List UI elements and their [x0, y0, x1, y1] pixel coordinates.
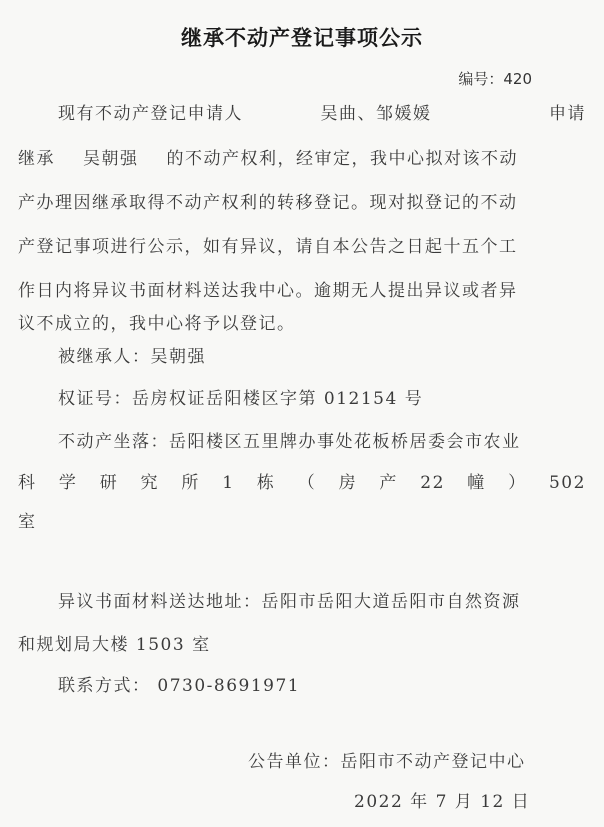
inherit-word: 继承 — [18, 149, 55, 169]
paragraph-line-2: 继承吴朝强的不动产权利，经审定，我中心拟对该不动 — [18, 147, 586, 171]
location-token: 房 — [339, 471, 358, 495]
decedent-name: 吴朝强 — [83, 149, 139, 169]
decedent-field: 被继承人：吴朝强 — [58, 345, 586, 369]
paragraph-line-6: 议不成立的，我中心将予以登记。 — [18, 312, 586, 336]
location-token: （ — [298, 471, 317, 495]
location-token: 幢 — [467, 471, 486, 495]
location-field-line-3: 室 — [18, 510, 586, 534]
paragraph-text: 的不动产权利，经审定，我中心拟对该不动 — [167, 149, 519, 169]
objection-address-line-2: 和规划局大楼 1503 室 — [18, 633, 586, 657]
location-field-line-1: 不动产坐落：岳阳楼区五里牌办事处花板桥居委会市农业 — [58, 430, 586, 454]
objection-address-line-1: 异议书面材料送达地址：岳阳市岳阳大道岳阳市自然资源 — [58, 590, 586, 614]
location-token: 1 — [222, 471, 234, 495]
paragraph-line-4: 产登记事项进行公示，如有异议，请自本公告之日起十五个工 — [18, 235, 586, 259]
location-token: ） — [508, 471, 527, 495]
document-number: 编号：420 — [458, 68, 532, 89]
issuer: 公告单位：岳阳市不动产登记中心 — [248, 750, 588, 774]
notice-page: 继承不动产登记事项公示 编号：420 现有不动产登记申请人 吴曲、邹媛媛 申请 … — [0, 0, 604, 827]
issue-date: 2022 年 7 月 12 日 — [354, 790, 594, 814]
applicant-intro: 现有不动产登记申请人 — [58, 102, 243, 126]
location-token: 22 — [420, 471, 445, 495]
location-token: 学 — [59, 471, 78, 495]
apply-word: 申请 — [549, 102, 586, 126]
contact-field: 联系方式： 0730-8691971 — [58, 674, 586, 698]
location-token: 科 — [18, 471, 37, 495]
applicant-names: 吴曲、邹媛媛 — [321, 102, 432, 126]
document-number-value: 420 — [503, 70, 532, 88]
location-token: 502 — [549, 471, 586, 495]
location-token: 究 — [141, 471, 160, 495]
location-token: 研 — [100, 471, 119, 495]
certificate-field: 权证号：岳房权证岳阳楼区字第 012154 号 — [58, 387, 586, 411]
document-title: 继承不动产登记事项公示 — [0, 22, 604, 52]
location-field-line-2: 科 学 研 究 所 1 栋 （ 房 产 22 幢 ） 502 — [18, 471, 586, 495]
location-token: 栋 — [257, 471, 276, 495]
paragraph-line-5: 作日内将异议书面材料送达我中心。逾期无人提出异议或者异 — [18, 279, 586, 303]
location-token: 产 — [379, 471, 398, 495]
location-token: 所 — [181, 471, 200, 495]
document-number-label: 编号： — [458, 70, 503, 88]
paragraph-line-1: 现有不动产登记申请人 吴曲、邹媛媛 申请 — [58, 102, 586, 126]
paragraph-line-3: 产办理因继承取得不动产权利的转移登记。现对拟登记的不动 — [18, 191, 586, 215]
